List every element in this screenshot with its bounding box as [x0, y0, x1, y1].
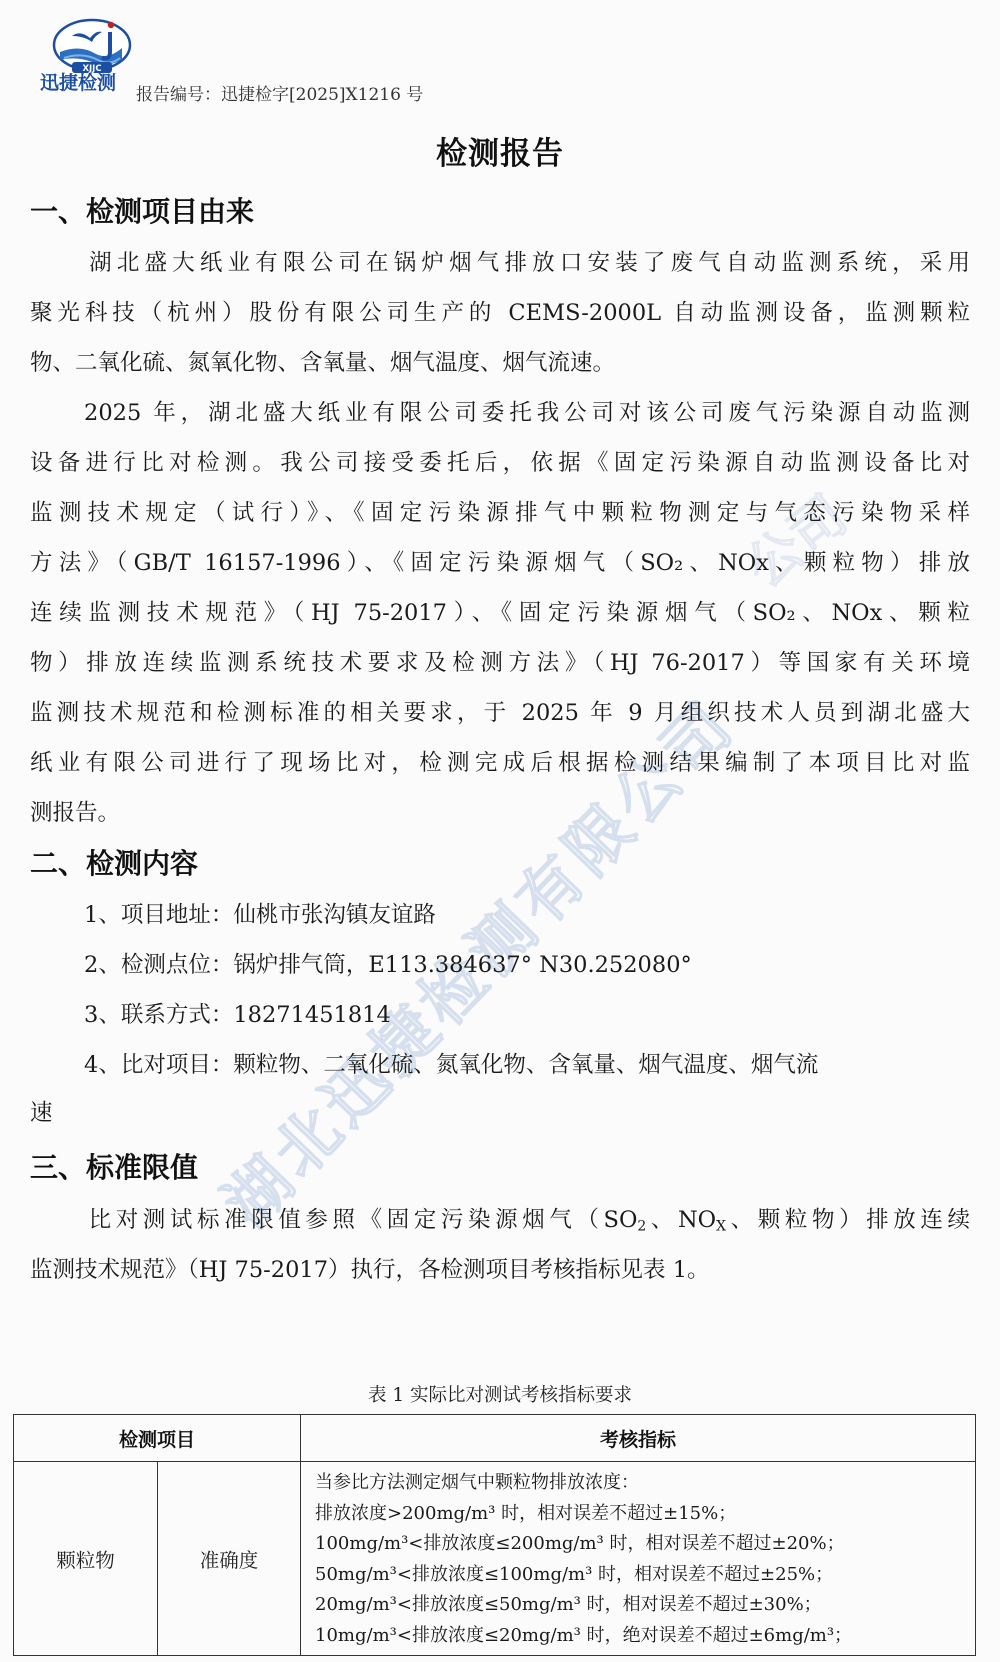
criteria-line: 20mg/m³<排放浓度≤50mg/m³ 时，相对误差不超过±30%；	[315, 1590, 965, 1621]
section-heading-origin: 一、检测项目由来	[30, 190, 254, 230]
section-heading-limits: 三、标准限值	[30, 1146, 198, 1186]
paragraph-line: 物、二氧化硫、氮氧化物、含氧量、烟气温度、烟气流速。	[30, 338, 970, 388]
list-item-value: 18271451814	[233, 1002, 390, 1028]
list-item-label: 1、项目地址：	[84, 902, 233, 928]
list-item-continuation: 速	[30, 1088, 53, 1138]
report-number-value: 迅捷检字[2025]X1216 号	[221, 85, 423, 105]
paragraph-line: 监测技术规范和检测标准的相关要求，于 2025 年 9 月组织技术人员到湖北盛大	[30, 688, 970, 738]
paragraph-line: 比对测试标准限值参照《固定污染源烟气（SO2、NOX、颗粒物）排放连续	[30, 1195, 970, 1245]
paragraph-limits: 比对测试标准限值参照《固定污染源烟气（SO2、NOX、颗粒物）排放连续 监测技术…	[30, 1195, 970, 1295]
criteria-line: 50mg/m³<排放浓度≤100mg/m³ 时，相对误差不超过±25%；	[315, 1560, 965, 1591]
paragraph-origin-1: 湖北盛大纸业有限公司在锅炉烟气排放口安装了废气自动监测系统，采用 聚光科技（杭州…	[30, 238, 970, 388]
paragraph-line: 监测技术规定（试行）》、《固定污染源排气中颗粒物测定与气态污染物采样	[30, 488, 970, 538]
criteria-line: 10mg/m³<排放浓度≤20mg/m³ 时，绝对误差不超过±6mg/m³；	[315, 1621, 965, 1652]
header-criteria: 考核指标	[301, 1415, 976, 1462]
paragraph-line: 2025 年，湖北盛大纸业有限公司委托我公司对该公司废气污染源自动监测	[30, 388, 970, 438]
section-heading-content: 二、检测内容	[30, 842, 198, 882]
paragraph-line: 物）排放连续监测系统技术要求及检测方法》（HJ 76-2017）等国家有关环境	[30, 638, 970, 688]
list-item-label: 2、检测点位：	[84, 952, 233, 978]
cell-criteria: 当参比方法测定烟气中颗粒物排放浓度： 排放浓度>200mg/m³ 时，相对误差不…	[301, 1462, 976, 1656]
cell-sub-item: 准确度	[158, 1462, 301, 1656]
report-number: 报告编号：迅捷检字[2025]X1216 号	[136, 80, 423, 105]
list-item-contact: 3、联系方式：18271451814	[84, 990, 391, 1040]
list-item-location: 2、检测点位：锅炉排气筒，E113.384637° N30.252080°	[84, 940, 692, 990]
header-test-item: 检测项目	[14, 1415, 301, 1462]
criteria-line: 当参比方法测定烟气中颗粒物排放浓度：	[315, 1468, 965, 1499]
paragraph-origin-2: 2025 年，湖北盛大纸业有限公司委托我公司对该公司废气污染源自动监测 设备进行…	[30, 388, 970, 838]
paragraph-line: 测报告。	[30, 788, 970, 838]
list-item-address: 1、项目地址：仙桃市张沟镇友谊路	[84, 890, 436, 940]
list-item-value: 锅炉排气筒，E113.384637° N30.252080°	[233, 952, 691, 978]
paragraph-line: 连续监测技术规范》（HJ 75-2017）、《固定污染源烟气（SO₂、NOx、颗…	[30, 588, 970, 638]
table-header-row: 检测项目 考核指标	[14, 1415, 976, 1462]
report-number-label: 报告编号：	[136, 85, 221, 105]
logo-wordmark: 迅捷检测	[40, 68, 140, 95]
cell-item: 颗粒物	[14, 1462, 158, 1656]
criteria-table: 检测项目 考核指标 颗粒物 准确度 当参比方法测定烟气中颗粒物排放浓度： 排放浓…	[13, 1414, 976, 1656]
paragraph-line: 设备进行比对检测。我公司接受委托后，依据《固定污染源自动监测设备比对	[30, 438, 970, 488]
paragraph-line: 聚光科技（杭州）股份有限公司生产的 CEMS-2000L 自动监测设备，监测颗粒	[30, 288, 970, 338]
list-item-value: 仙桃市张沟镇友谊路	[233, 902, 436, 928]
table-caption: 表 1 实际比对测试考核指标要求	[0, 1381, 1000, 1407]
paragraph-line: 湖北盛大纸业有限公司在锅炉烟气排放口安装了废气自动监测系统，采用	[30, 238, 970, 288]
list-item-value: 颗粒物、二氧化硫、氮氧化物、含氧量、烟气温度、烟气流	[233, 1052, 818, 1078]
paragraph-line: 纸业有限公司进行了现场比对，检测完成后根据检测结果编制了本项目比对监	[30, 738, 970, 788]
list-item-comparison: 4、比对项目：颗粒物、二氧化硫、氮氧化物、含氧量、烟气温度、烟气流	[84, 1040, 818, 1090]
list-item-label: 3、联系方式：	[84, 1002, 233, 1028]
table-row: 颗粒物 准确度 当参比方法测定烟气中颗粒物排放浓度： 排放浓度>200mg/m³…	[14, 1462, 976, 1656]
report-page: 湖北迅捷检测有限公司 公司 XJJC 迅捷检测 报告编号：迅捷检字[2025]X…	[0, 0, 1000, 1662]
criteria-line: 排放浓度>200mg/m³ 时，相对误差不超过±15%；	[315, 1499, 965, 1530]
list-item-label: 4、比对项目：	[84, 1052, 233, 1078]
page-title: 检测报告	[0, 128, 1000, 173]
criteria-line: 100mg/m³<排放浓度≤200mg/m³ 时，相对误差不超过±20%；	[315, 1529, 965, 1560]
paragraph-line: 监测技术规范》（HJ 75-2017）执行，各检测项目考核指标见表 1。	[30, 1245, 970, 1295]
paragraph-line: 方法》（GB/T 16157-1996）、《固定污染源烟气（SO₂、NOx、颗粒…	[30, 538, 970, 588]
